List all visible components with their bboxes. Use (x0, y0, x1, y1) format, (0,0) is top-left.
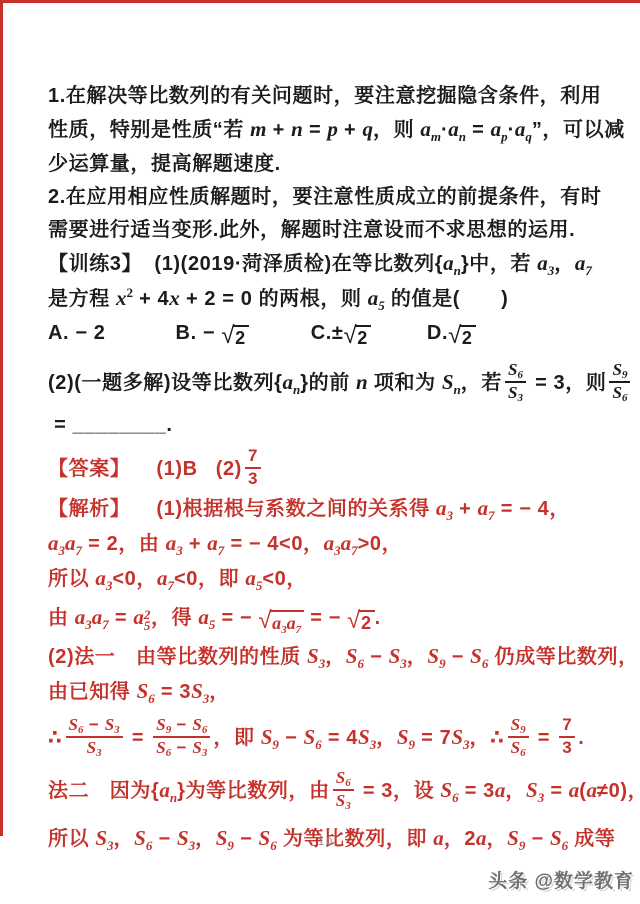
text-line: 需要进行适当变形.此外，解题时注意设而不求思想的运用. (48, 214, 632, 247)
page-border-top (0, 0, 640, 3)
watermark: 头条 @数学教育 (488, 866, 634, 893)
text-line: 性质，特别是性质“若 m + n = p + q，则 am·an = ap·aq… (48, 113, 632, 148)
page-border-left (0, 0, 3, 836)
text-line: (2)法一 由等比数列的性质 S3，S6 − S3，S9 − S6 仍成等比数列… (48, 640, 632, 675)
text-line: 所以 a3<0，a7<0，即 a5<0， (48, 562, 632, 597)
text-line: 【答案】(1)B(2)73 (48, 446, 632, 492)
text-line: 由已知得 S6 = 3S3， (48, 675, 632, 710)
text-line: 2.在应用相应性质解题时，要注意性质成立的前提条件，有时 (48, 181, 632, 214)
text-line: a3a7 = 2，由 a3 + a7 = − 4<0，a3a7>0， (48, 527, 632, 562)
text-line: 【解析】(1)根据根与系数之间的关系得 a3 + a7 = − 4， (48, 492, 632, 527)
text-line: A. − 2B. − √2C.±√2D.√2 (48, 317, 632, 350)
text-line: 法二 因为{an}为等比数列，由S6S3 = 3，设 S6 = 3a，S3 = … (48, 765, 632, 818)
text-line: ∴S6 − S3S3 = S9 − S6S6 − S3，即 S9 − S6 = … (48, 712, 632, 765)
text-line: 由 a3a7 = a25，得 a5 = − √a3a7 = − √2. (48, 597, 632, 640)
text-line: 少运算量，提高解题速度. (48, 148, 632, 181)
text-line: 【训练3】 (1)(2019·菏泽质检)在等比数列{an}中，若 a3，a7 (48, 247, 632, 282)
text-line: 1.在解决等比数列的有关问题时，要注意挖掘隐含条件，利用 (48, 80, 632, 113)
text-line: (2)(一题多解)设等比数列{an}的前 n 项和为 Sn，若S6S3 = 3，… (48, 358, 632, 409)
page-number: 10 (318, 836, 334, 848)
math-worksheet-page: 1.在解决等比数列的有关问题时，要注意挖掘隐含条件，利用性质，特别是性质“若 m… (0, 0, 640, 904)
document-body: 1.在解决等比数列的有关问题时，要注意挖掘隐含条件，利用性质，特别是性质“若 m… (48, 80, 632, 857)
text-line: 所以 S3，S6 − S3，S9 − S6 为等比数列，即 a，2a，S9 − … (48, 822, 632, 857)
text-line: = ________. (48, 409, 632, 442)
text-line: 是方程 x2 + 4x + 2 = 0 的两根，则 a5 的值是( ) (48, 282, 632, 317)
